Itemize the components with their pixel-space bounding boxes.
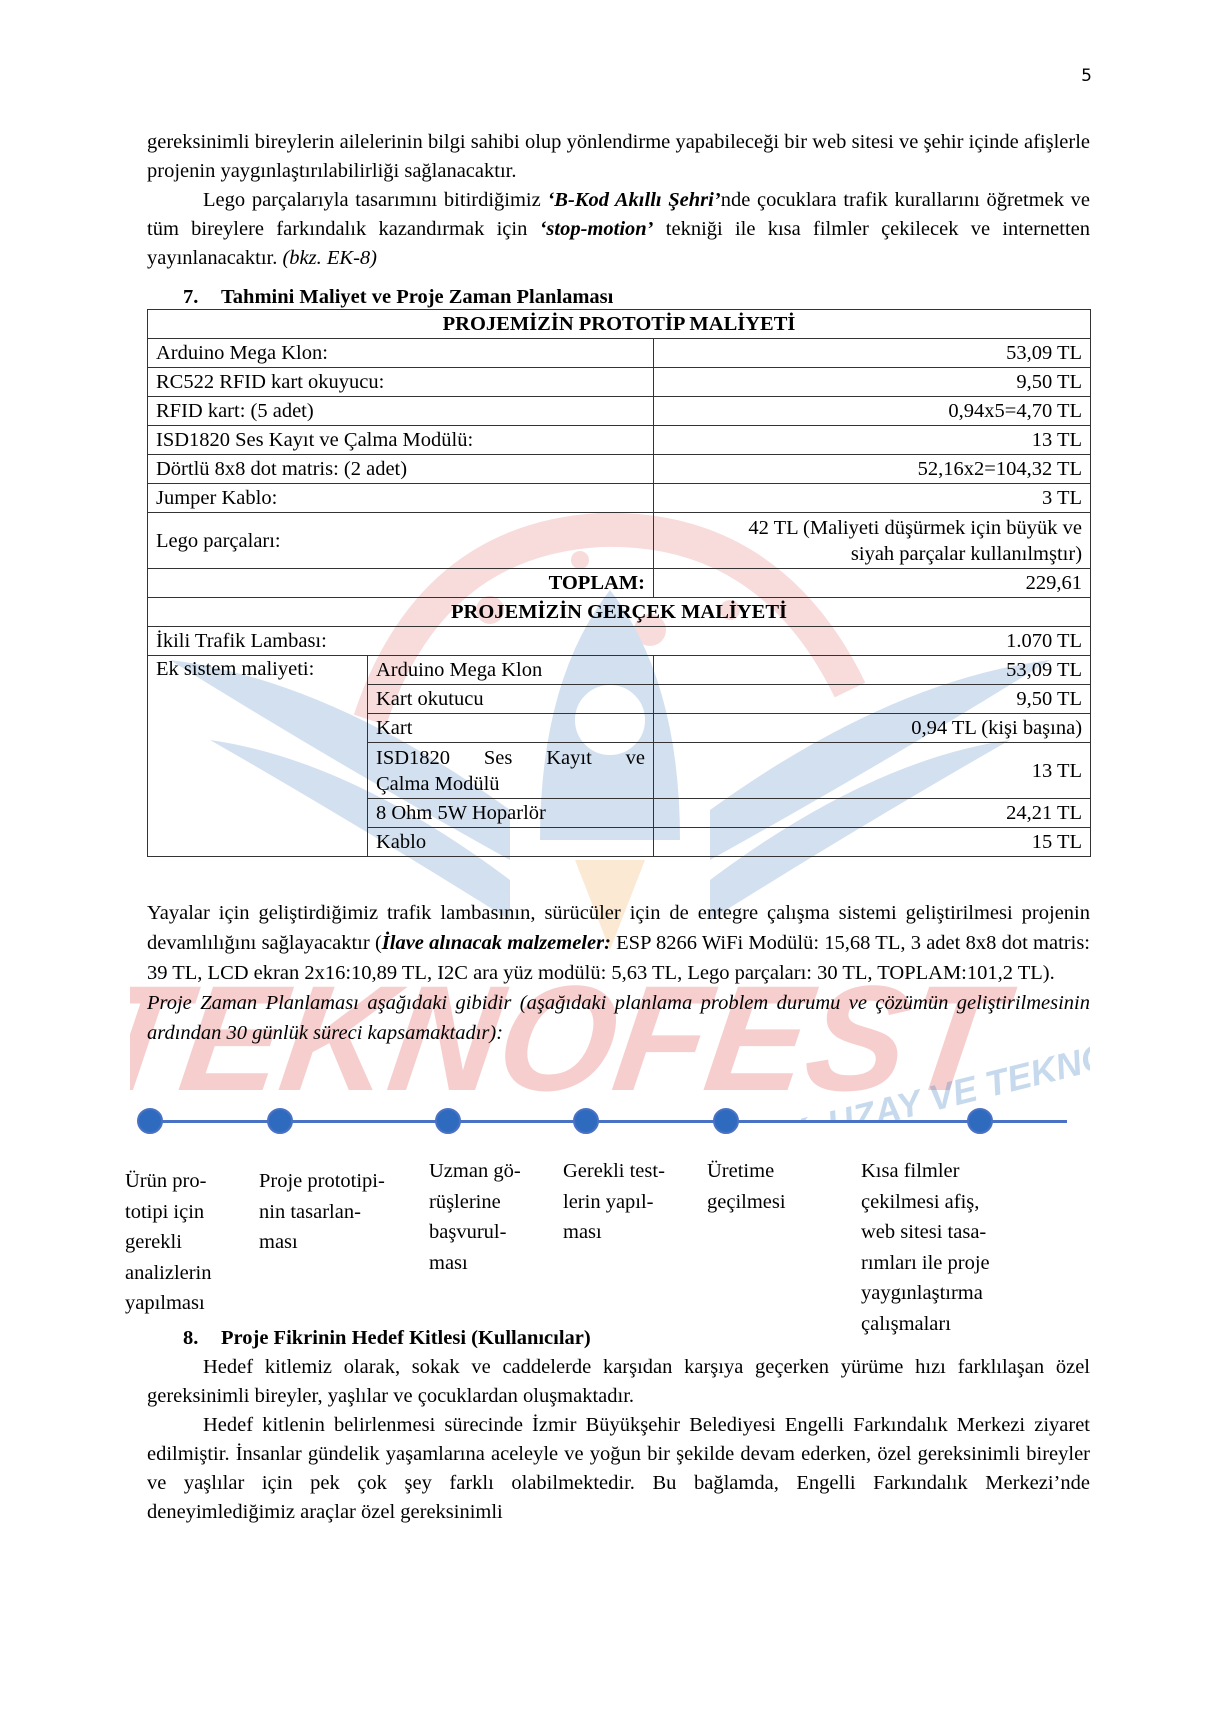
item-cost: 0,94x5=4,70 TL [654, 397, 1091, 426]
document-page: TEKNOFEST İSTANBUL HAVACILIK, UZAY VE TE… [0, 0, 1210, 1712]
section-8-heading: 8.Proje Fikrinin Hedef Kitlesi (Kullanıc… [183, 1324, 1090, 1353]
item-line: ISD1820 Ses Kayıt ve [376, 745, 645, 771]
timeline-milestone-dot [435, 1108, 461, 1134]
page-number: 5 [1081, 66, 1092, 86]
item-name: Jumper Kablo: [148, 484, 654, 513]
item-cost: 15 TL [654, 828, 1091, 857]
table-row: RC522 RFID kart okuyucu:9,50 TL [148, 368, 1091, 397]
extension-paragraph: Yayalar için geliştirdiğimiz trafik lamb… [147, 898, 1090, 988]
timeline-step-label: Ürün pro-totipi içingereklianalizlerinya… [125, 1166, 212, 1319]
section-title: Proje Fikrinin Hedef Kitlesi (Kullanıcıl… [221, 1327, 591, 1349]
item-line: Çalma Modülü [376, 773, 500, 795]
table-row: İkili Trafik Lambası:1.070 TL [148, 627, 1091, 656]
after-table-section: Yayalar için geliştirdiğimiz trafik lamb… [147, 898, 1090, 1048]
cost-line: siyah parçalar kullanılmştır) [851, 543, 1082, 565]
emphasis-extra-materials: İlave alınacak malzemeler: [382, 932, 611, 954]
intro-section: gereksinimli bireylerin ailelerinin bilg… [147, 128, 1090, 273]
emphasis-stop-motion: ‘stop-motion’ [540, 218, 654, 240]
item-cost: 53,09 TL [654, 656, 1091, 685]
timeline-milestone-dot [573, 1108, 599, 1134]
intro-paragraph-2: Lego parçalarıyla tasarımını bitirdiğimi… [147, 186, 1090, 273]
item-name: Kart [368, 714, 654, 743]
section-number: 8. [183, 1324, 221, 1353]
table-row: Arduino Mega Klon:53,09 TL [148, 339, 1091, 368]
section-title: Tahmini Maliyet ve Proje Zaman Planlamas… [221, 286, 613, 308]
item-name: RFID kart: (5 adet) [148, 397, 654, 426]
timeline-milestone-dot [137, 1108, 163, 1134]
section-7: 7.Tahmini Maliyet ve Proje Zaman Planlam… [147, 283, 1090, 312]
item-cost: 13 TL [654, 426, 1091, 455]
table-row: Dörtlü 8x8 dot matris: (2 adet)52,16x2=1… [148, 455, 1091, 484]
table-row: Ek sistem maliyeti:Arduino Mega Klon53,0… [148, 656, 1091, 685]
emphasis-b-kod: ‘B-Kod Akıllı Şehri’ [547, 189, 720, 211]
real-cost-title: PROJEMİZİN GERÇEK MALİYETİ [148, 598, 1091, 627]
table-row: RFID kart: (5 adet)0,94x5=4,70 TL [148, 397, 1091, 426]
timeline-milestone-dot [967, 1108, 993, 1134]
cost-table: PROJEMİZİN PROTOTİP MALİYETİ Arduino Meg… [147, 309, 1091, 857]
project-timeline: Ürün pro-totipi içingereklianalizlerinya… [147, 1104, 1090, 1334]
item-name: Arduino Mega Klon: [148, 339, 654, 368]
cost-table-container: PROJEMİZİN PROTOTİP MALİYETİ Arduino Meg… [147, 309, 1090, 857]
item-name: İkili Trafik Lambası: [148, 627, 654, 656]
item-cost: 0,94 TL (kişi başına) [654, 714, 1091, 743]
table-row: Jumper Kablo:3 TL [148, 484, 1091, 513]
item-cost: 1.070 TL [654, 627, 1091, 656]
target-audience-paragraph-2: Hedef kitlenin belirlenmesi sürecinde İz… [147, 1411, 1090, 1527]
section-8: 8.Proje Fikrinin Hedef Kitlesi (Kullanıc… [147, 1324, 1090, 1527]
item-cost: 3 TL [654, 484, 1091, 513]
schedule-intro-paragraph: Proje Zaman Planlaması aşağıdaki gibidir… [147, 988, 1090, 1048]
section-number: 7. [183, 283, 221, 312]
item-name: ISD1820 Ses Kayıt veÇalma Modülü [368, 743, 654, 799]
timeline-step-label: Uzman gö-rüşlerinebaşvurul-ması [429, 1156, 521, 1278]
item-cost: 9,50 TL [654, 685, 1091, 714]
timeline-step-label: Gerekli test-lerin yapıl-ması [563, 1156, 665, 1248]
item-name: Lego parçaları: [148, 513, 654, 569]
target-audience-paragraph-1: Hedef kitlemiz olarak, sokak ve caddeler… [147, 1353, 1090, 1411]
total-row: TOPLAM:229,61 [148, 569, 1091, 598]
prototype-cost-title: PROJEMİZİN PROTOTİP MALİYETİ [148, 310, 1091, 339]
section-7-heading: 7.Tahmini Maliyet ve Proje Zaman Planlam… [183, 283, 1090, 312]
item-cost: 9,50 TL [654, 368, 1091, 397]
timeline-step-label: Kısa filmlerçekilmesi afiş,web sitesi ta… [861, 1156, 990, 1339]
item-cost: 24,21 TL [654, 799, 1091, 828]
item-cost: 53,09 TL [654, 339, 1091, 368]
item-cost: 42 TL (Maliyeti düşürmek için büyük vesi… [654, 513, 1091, 569]
timeline-step-label: Proje prototipi-nin tasarlan-ması [259, 1166, 385, 1258]
item-cost: 52,16x2=104,32 TL [654, 455, 1091, 484]
item-name: Dörtlü 8x8 dot matris: (2 adet) [148, 455, 654, 484]
item-name: Arduino Mega Klon [368, 656, 654, 685]
cost-line: 42 TL (Maliyeti düşürmek için büyük ve [748, 517, 1082, 539]
timeline-milestone-dot [713, 1108, 739, 1134]
extra-system-label: Ek sistem maliyeti: [148, 656, 368, 857]
table-row: Lego parçaları:42 TL (Maliyeti düşürmek … [148, 513, 1091, 569]
timeline-step-label: Üretimegeçilmesi [707, 1156, 786, 1217]
item-name: RC522 RFID kart okuyucu: [148, 368, 654, 397]
table-row: ISD1820 Ses Kayıt ve Çalma Modülü:13 TL [148, 426, 1091, 455]
timeline-milestone-dot [267, 1108, 293, 1134]
total-value: 229,61 [654, 569, 1091, 598]
total-label: TOPLAM: [148, 569, 654, 598]
item-name: 8 Ohm 5W Hoparlör [368, 799, 654, 828]
item-name: Kart okutucu [368, 685, 654, 714]
reference-ek8: (bkz. EK-8) [282, 247, 377, 269]
item-name: Kablo [368, 828, 654, 857]
intro-paragraph-1: gereksinimli bireylerin ailelerinin bilg… [147, 128, 1090, 186]
item-cost: 13 TL [654, 743, 1091, 799]
text-run: Lego parçalarıyla tasarımını bitirdiğimi… [203, 189, 547, 211]
item-name: ISD1820 Ses Kayıt ve Çalma Modülü: [148, 426, 654, 455]
